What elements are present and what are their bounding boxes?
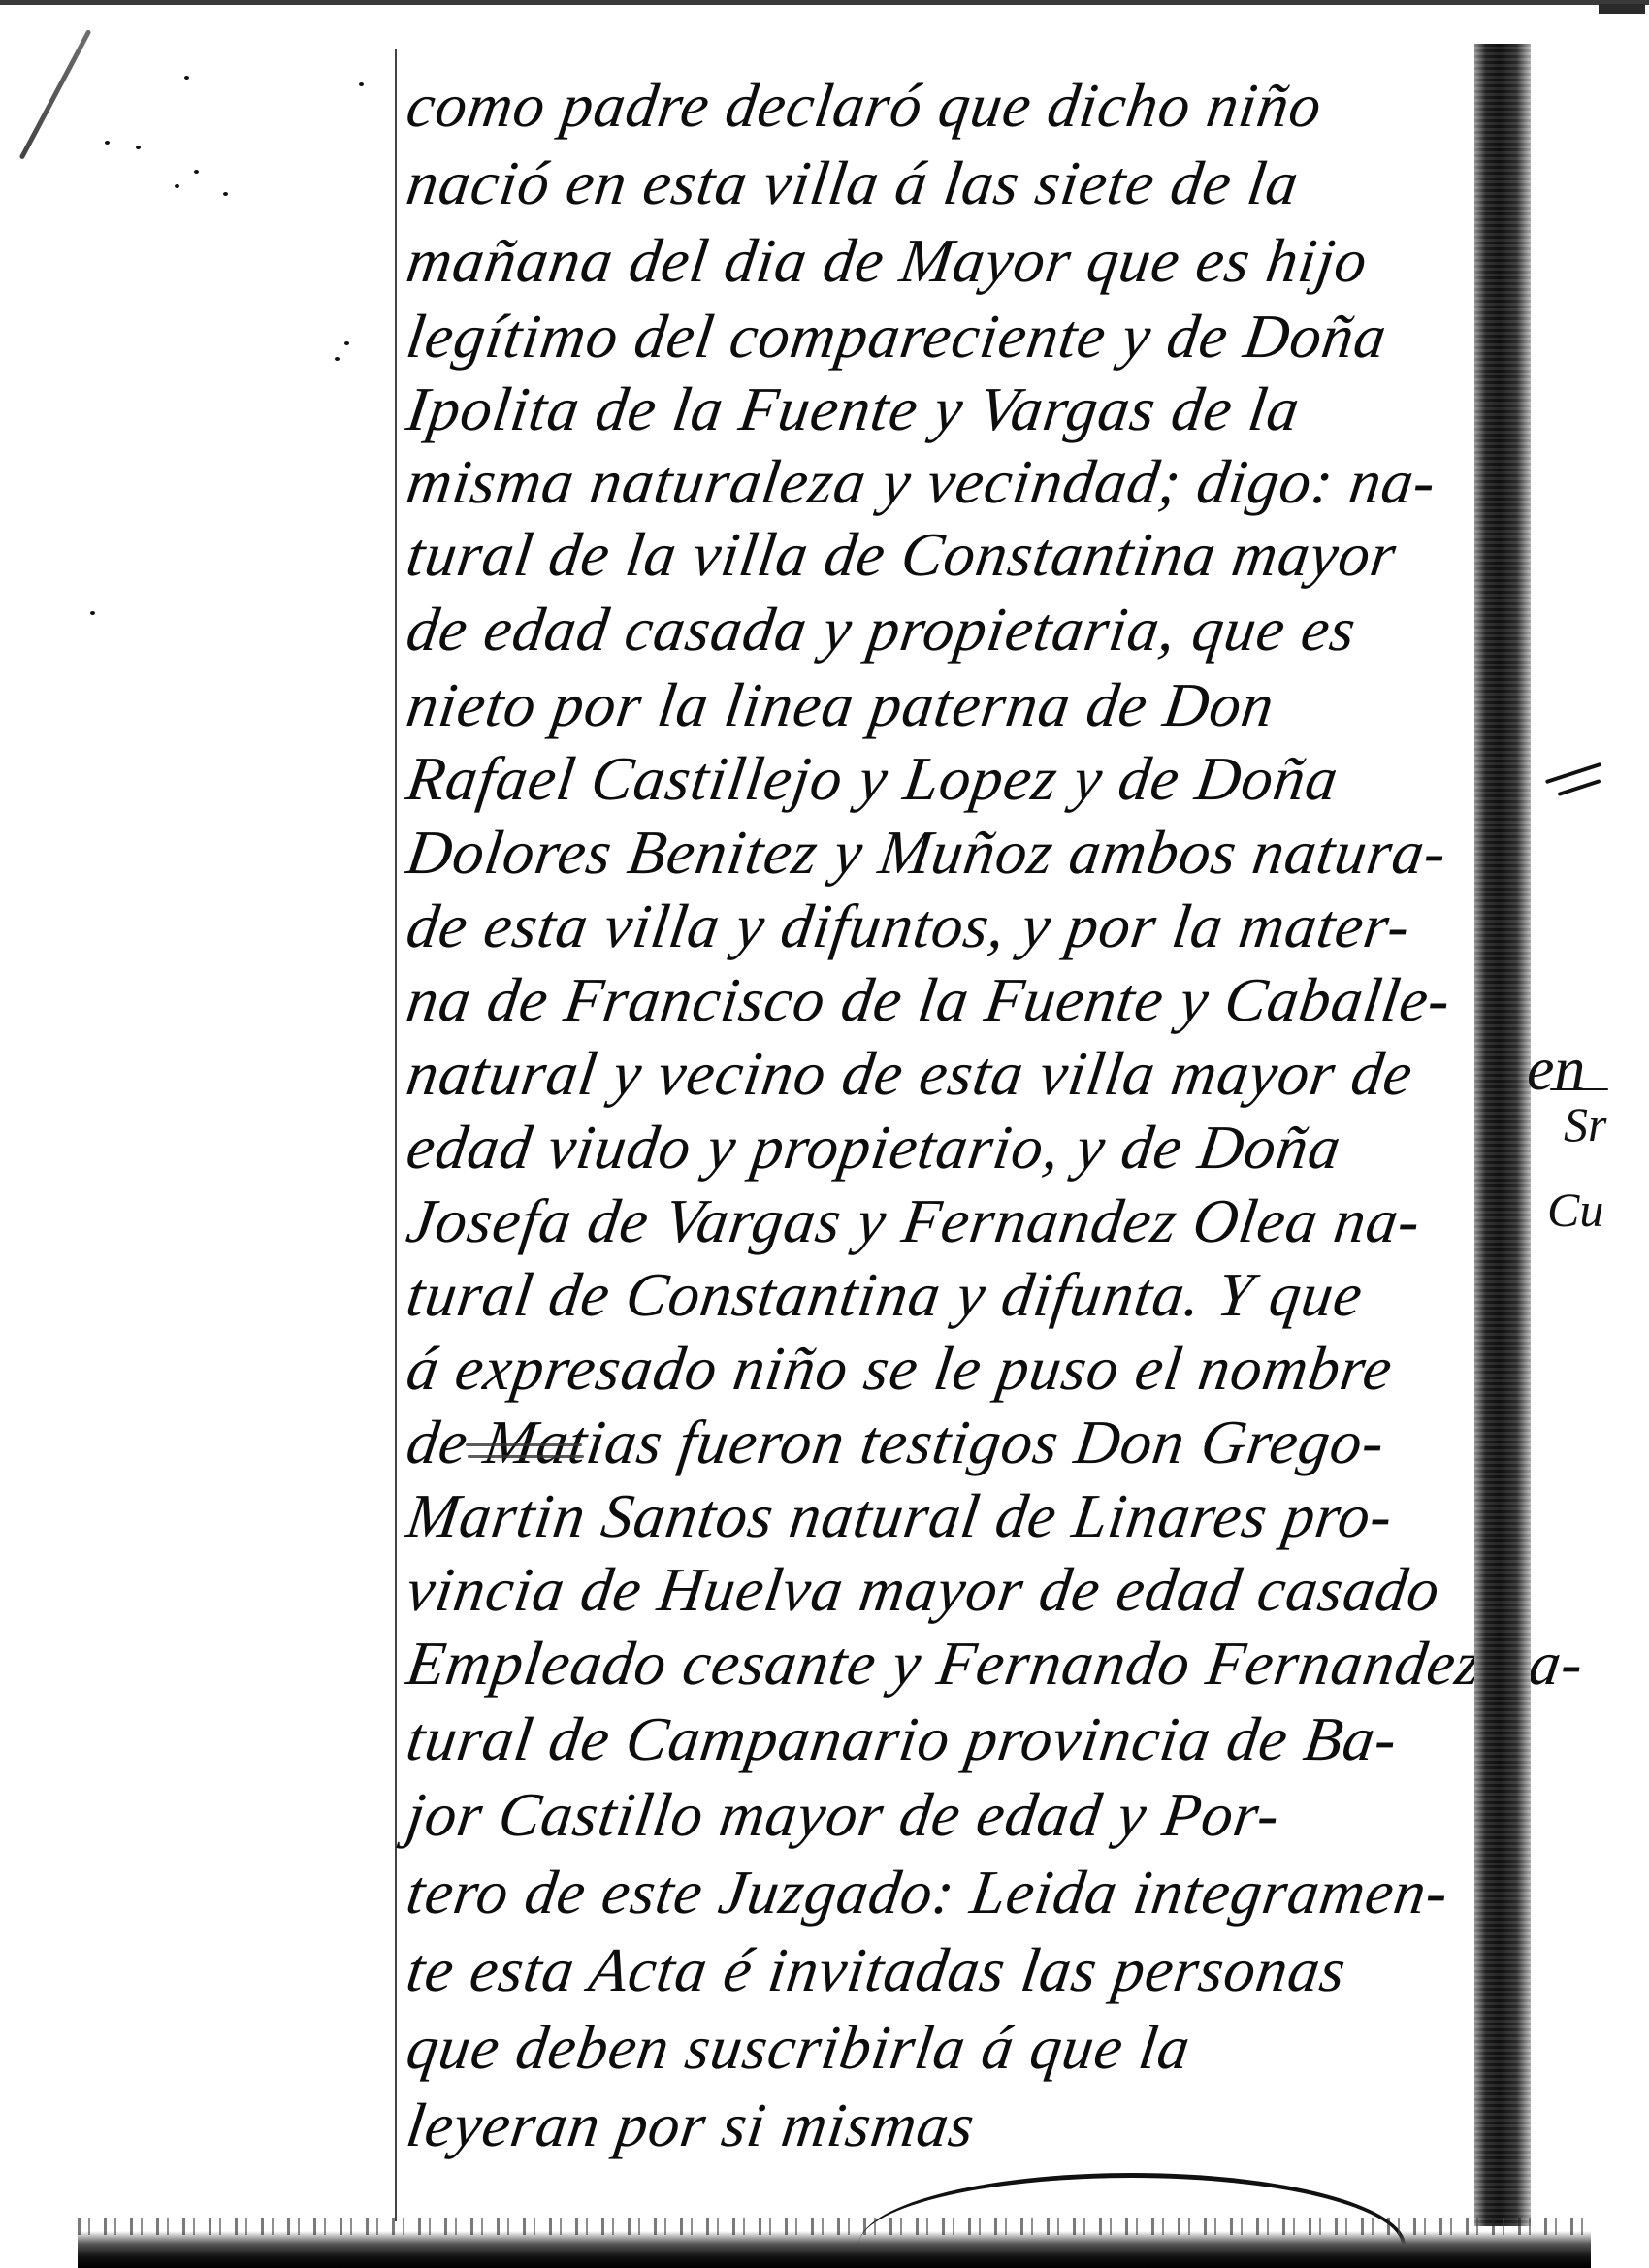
text-line: natural y vecino de esta villa mayor de (403, 1038, 1417, 1110)
text-line: tural de la villa de Constantina mayor (403, 519, 1402, 591)
text-line: na de Francisco de la Fuente y Caballe- (403, 964, 1456, 1036)
scan-top-edge (0, 0, 1649, 5)
margin-rule-line (395, 49, 397, 2221)
text-line: tero de este Juzgado: Leida integramen- (403, 1857, 1453, 1928)
text-line: á expresado niño se le puso el nombre (403, 1333, 1398, 1405)
margin-dash (1558, 779, 1601, 796)
text-line: nieto por la linea paterna de Don (403, 669, 1279, 741)
ink-speck (194, 170, 199, 174)
text-line: te esta Acta é invitadas las personas (403, 1934, 1351, 2006)
text-line: de Matias fueron testigos Don Grego- (403, 1407, 1390, 1478)
margin-fragment: Cu (1547, 1182, 1603, 1238)
text-line: Ipolita de la Fuente y Vargas de la (403, 373, 1305, 445)
text-line: edad viudo y propietario, y de Doña (403, 1112, 1346, 1183)
ink-speck (136, 146, 141, 149)
text-line: leyeran por si mismas (403, 2090, 980, 2161)
text-line: que deben suscribirla á que la (403, 2012, 1195, 2084)
ink-speck (175, 184, 179, 188)
text-line: Rafael Castillejo y Lopez y de Doña (403, 743, 1343, 815)
text-line: vincia de Huelva mayor de edad casado (403, 1554, 1445, 1626)
text-line: Josefa de Vargas y Fernandez Olea na- (403, 1185, 1426, 1257)
text-line: legítimo del compareciente y de Doña (403, 301, 1392, 373)
scan-bottom-edge (78, 2231, 1591, 2268)
text-line: Dolores Benitez y Muñoz ambos natura- (403, 817, 1451, 889)
ink-speck (223, 192, 228, 196)
margin-fragment: en (1527, 1033, 1585, 1105)
page-binding-edge (1474, 44, 1531, 2226)
ink-speck (105, 141, 110, 145)
ink-speck (184, 76, 189, 80)
text-line: Empleado cesante y Fernando Fernandez na… (403, 1628, 1589, 1700)
ink-speck (335, 357, 339, 361)
text-line: de esta villa y difuntos, y por la mater… (403, 891, 1415, 962)
scan-top-right-edge (1599, 4, 1645, 14)
name-underline (466, 1443, 582, 1446)
text-line: tural de Constantina y difunta. Y que (403, 1259, 1368, 1331)
text-line: como padre declaró que dicho niño (403, 70, 1327, 142)
ink-speck (359, 82, 364, 86)
text-line: tural de Campanario provincia de Ba- (403, 1703, 1403, 1775)
text-line: Martin Santos natural de Linares pro- (403, 1480, 1398, 1552)
text-line: mañana del dia de Mayor que es hijo (403, 225, 1373, 297)
text-line: de edad casada y propietaria, que es (403, 594, 1361, 665)
text-line: jor Castillo mayor de edad y Por- (403, 1779, 1285, 1851)
text-line: nació en esta villa á las siete de la (403, 147, 1304, 219)
margin-fragment: Sr (1564, 1096, 1606, 1152)
name-underline (468, 1455, 584, 1458)
ink-speck (90, 611, 95, 615)
margin-dash (1550, 1088, 1608, 1090)
text-line: misma naturaleza y vecindad; digo: na- (403, 446, 1440, 518)
margin-slash-mark (19, 29, 92, 160)
ink-speck (344, 341, 349, 345)
